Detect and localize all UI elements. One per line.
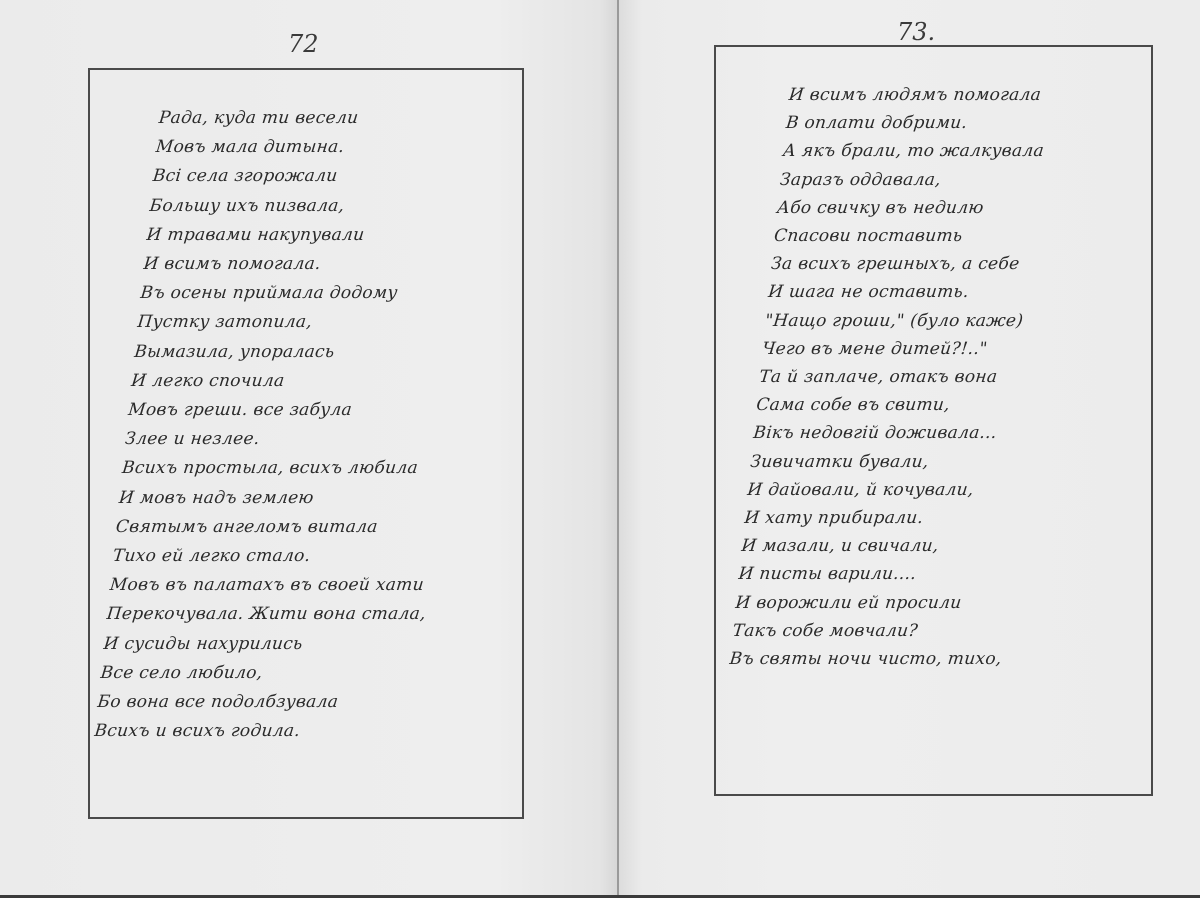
handwritten-line: Чего въ мене дитей?!.." <box>761 339 988 359</box>
handwritten-line: И легко спочила <box>130 371 285 391</box>
handwritten-line: И ворожили ей просили <box>735 593 963 613</box>
handwritten-line: В оплати добрими. <box>785 113 968 133</box>
handwritten-line: Рада, куда ти весели <box>158 108 360 128</box>
handwritten-line: Бо вона все подолбзувала <box>97 692 340 712</box>
handwritten-line: Тихо ей легко стало. <box>112 546 312 566</box>
handwritten-line: Злее и незлее. <box>124 429 260 449</box>
handwritten-line: Або свичку въ недилю <box>776 198 985 218</box>
handwritten-line: Вымазила, упоралась <box>133 342 335 362</box>
left-page-number: 72 <box>288 30 319 58</box>
handwritten-line: Всихъ простыла, всихъ любила <box>121 458 419 478</box>
book-gutter <box>617 0 619 898</box>
handwritten-line: Зивичатки бували, <box>749 452 929 472</box>
handwritten-line: Перекочувала. Жити вона стала, <box>106 604 427 624</box>
handwritten-line: И хату прибирали. <box>743 508 924 528</box>
handwritten-line: Мовъ въ палатахъ въ своей хати <box>109 575 425 595</box>
handwritten-line: Пустку затопила, <box>136 312 313 332</box>
handwritten-line: И всимъ помогала. <box>143 254 322 274</box>
handwritten-line: И сусиды нахурились <box>103 634 304 654</box>
handwritten-line: И травами накупували <box>146 225 366 245</box>
handwritten-line: Мовъ мала дитына. <box>155 137 345 157</box>
handwritten-line: Святымъ ангеломъ витала <box>115 517 379 537</box>
handwritten-line: А якъ брали, то жалкувала <box>782 141 1045 161</box>
handwritten-line: Сама собе въ свити, <box>755 395 951 415</box>
handwritten-line: За всихъ грешныхъ, а себе <box>770 254 1020 274</box>
handwritten-line: Та й заплаче, отакъ вона <box>758 367 998 387</box>
handwritten-line: И мовъ надъ землею <box>118 488 315 508</box>
handwritten-line: И всимъ людямъ помогала <box>788 85 1042 105</box>
handwritten-line: Всихъ и всихъ годила. <box>93 721 301 741</box>
handwritten-line: Спасови поставить <box>773 226 963 246</box>
handwritten-line: Въ осены приймала додому <box>139 283 398 303</box>
handwritten-line: Въ святы ночи чисто, тихо, <box>729 649 1003 669</box>
handwritten-line: Все село любило, <box>100 663 264 683</box>
handwritten-line: И мазали, и свичали, <box>740 536 939 556</box>
handwritten-line: И дайовали, й кочували, <box>746 480 974 500</box>
handwritten-line: "Нащо гроши," (було каже) <box>764 311 1024 331</box>
handwritten-line: И писты варили.... <box>738 564 918 584</box>
handwritten-line: Всі села згорожали <box>152 166 339 186</box>
book-spread: 72 Рада, куда ти веселиМовъ мала дитына.… <box>0 0 1200 898</box>
handwritten-line: Заразъ оддавала, <box>779 170 942 190</box>
handwritten-line: И шага не оставить. <box>767 282 970 302</box>
right-page-number: 73. <box>897 18 935 46</box>
handwritten-line: Такъ собе мовчали? <box>732 621 919 641</box>
handwritten-line: Вікъ недовгій доживала... <box>752 423 997 443</box>
handwritten-line: Большу ихъ пизвала, <box>149 196 346 216</box>
handwritten-line: Мовъ греши. все забула <box>127 400 353 420</box>
